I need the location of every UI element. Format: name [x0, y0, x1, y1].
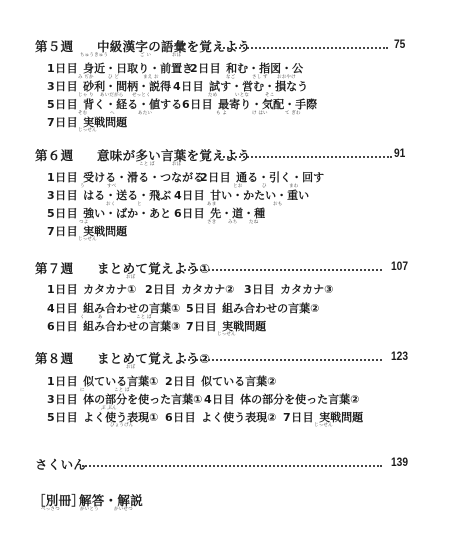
day-label: 2日目 — [165, 375, 196, 388]
furigana: おぼ — [126, 274, 135, 280]
week-7-page-number[interactable]: 107 — [391, 259, 408, 273]
day-label: 1日目 — [47, 171, 78, 184]
dot-leader — [184, 269, 382, 271]
day-topic: カタカナ③ — [280, 283, 333, 296]
furigana: べっさつ — [41, 506, 60, 512]
week-8-label: 第８週 — [35, 349, 97, 367]
day-topic: 似ている言葉② — [201, 375, 276, 388]
day-label: 4日目 — [174, 189, 205, 202]
day-topic: カタカナ① — [83, 283, 136, 296]
day-label: 7日目 — [47, 225, 78, 238]
day-label: 4日目 — [173, 80, 204, 93]
furigana: たね — [249, 219, 258, 225]
day-label: 1日目 — [47, 375, 78, 388]
day-label: 4日目 — [204, 393, 235, 406]
index-page-number[interactable]: 139 — [391, 455, 408, 469]
day-label: 1日目 — [47, 62, 78, 75]
day-label: 2日目 — [200, 171, 231, 184]
day-topic: 身近・日取り・前置き — [83, 62, 193, 75]
day-label: 3日目 — [47, 393, 78, 406]
week-8-day-5[interactable]: 5日目よく使う表現① — [47, 409, 158, 425]
day-topic: 甘い・かたい・重い — [210, 189, 309, 202]
dot-leader — [82, 465, 382, 467]
day-label: 5日目 — [47, 98, 78, 111]
week-7-heading[interactable]: 第７週まとめて覚えよう① — [35, 259, 210, 277]
week-5-page-number[interactable]: 75 — [394, 37, 405, 51]
week-7-day-6[interactable]: 6日目組み合わせの言葉③ — [47, 318, 180, 334]
furigana: て ぎわ — [285, 110, 301, 116]
day-label: 7日目 — [47, 116, 78, 129]
furigana: おぼ — [172, 161, 181, 167]
week-8-day-1[interactable]: 1日目似ている言葉① — [47, 373, 158, 389]
day-label: 6日目 — [174, 207, 205, 220]
day-topic: 試す・営む・損なう — [209, 80, 308, 93]
day-label: 3日目 — [244, 283, 275, 296]
furigana: みち — [228, 219, 237, 225]
day-topic: 受ける・滑る・つながる — [83, 171, 204, 184]
furigana: こと ば — [139, 161, 155, 167]
furigana: じっせん — [217, 331, 236, 337]
day-topic: カタカナ② — [181, 283, 234, 296]
day-label: 6日目 — [165, 411, 196, 424]
week-6-label: 第６週 — [35, 146, 97, 164]
furigana: じっせん — [314, 422, 333, 428]
day-topic: はる・送る・飛ぶ — [83, 189, 171, 202]
week-8-heading[interactable]: 第８週まとめて覚えよう② — [35, 349, 210, 367]
week-8-day-3[interactable]: 3日目体の部分を使った言葉① — [47, 391, 202, 407]
index-heading[interactable]: さくいん — [35, 455, 86, 473]
day-topic: 組み合わせの言葉② — [222, 302, 319, 315]
index-title: さくいん — [35, 457, 86, 472]
day-label: 2日目 — [145, 283, 176, 296]
week-5-title-ruby-1: ちゅうきゅう — [80, 52, 108, 58]
day-label: 7日目 — [283, 411, 314, 424]
day-topic: 背く・経る・値する — [83, 98, 182, 111]
furigana: かいとう — [80, 506, 99, 512]
furigana: も よ — [216, 110, 227, 116]
furigana: おも — [273, 201, 282, 207]
week-5-title-ruby-3: おぼ — [172, 52, 181, 58]
day-label: 7日目 — [186, 320, 217, 333]
furigana: あたい — [138, 110, 152, 116]
week-8-day-6[interactable]: 6日目よく使う表現② — [165, 409, 276, 425]
furigana: け はい — [252, 110, 268, 116]
furigana: ひょうげん — [110, 422, 134, 428]
dot-leader — [216, 47, 388, 49]
week-7-day-5[interactable]: 5日目組み合わせの言葉② — [186, 300, 319, 316]
dot-leader — [216, 156, 392, 158]
day-label: 5日目 — [47, 207, 78, 220]
week-6-day-5[interactable]: 5日目強い・ばか・あと — [47, 205, 171, 221]
week-6-day-1[interactable]: 1日目受ける・滑る・つながる — [47, 169, 204, 185]
week-7-label: 第７週 — [35, 259, 97, 277]
week-7-day-1[interactable]: 1日目カタカナ① — [47, 281, 136, 297]
week-8-page-number[interactable]: 123 — [391, 349, 408, 363]
day-topic: 砂利・間柄・説得 — [83, 80, 171, 93]
day-label: 3日目 — [47, 189, 78, 202]
week-7-day-2[interactable]: 2日目カタカナ② — [145, 281, 234, 297]
week-8-day-4[interactable]: 4日目体の部分を使った言葉② — [204, 391, 359, 407]
furigana: かいせつ — [114, 506, 133, 512]
day-topic: 通る・引く・回す — [236, 171, 324, 184]
furigana: じっせん — [78, 127, 97, 133]
day-topic: 体の部分を使った言葉② — [240, 393, 359, 406]
furigana: じっせん — [78, 236, 97, 242]
day-label: 5日目 — [186, 302, 217, 315]
week-6-page-number[interactable]: 91 — [394, 146, 405, 160]
day-label: 5日目 — [47, 411, 78, 424]
day-label: 2日目 — [190, 62, 221, 75]
week-5-day-1[interactable]: 1日目身近・日取り・前置き — [47, 60, 193, 76]
day-topic: 強い・ばか・あと — [83, 207, 171, 220]
day-label: 6日目 — [182, 98, 213, 111]
dot-leader — [184, 359, 382, 361]
week-7-day-4[interactable]: 4日目組み合わせの言葉① — [47, 300, 180, 316]
week-6-day-4[interactable]: 4日目甘い・かたい・重い — [174, 187, 309, 203]
day-topic: 組み合わせの言葉③ — [83, 320, 180, 333]
furigana: おぼ — [126, 364, 135, 370]
furigana: さき — [207, 219, 216, 225]
day-topic: よく使う表現② — [201, 411, 276, 424]
week-7-day-3[interactable]: 3日目カタカナ③ — [244, 281, 333, 297]
week-8-day-2[interactable]: 2日目似ている言葉② — [165, 373, 276, 389]
day-label: 3日目 — [47, 80, 78, 93]
day-label: 1日目 — [47, 283, 78, 296]
day-label: 4日目 — [47, 302, 78, 315]
week-5-title-ruby-2: ご い — [140, 52, 151, 58]
day-label: 6日目 — [47, 320, 78, 333]
